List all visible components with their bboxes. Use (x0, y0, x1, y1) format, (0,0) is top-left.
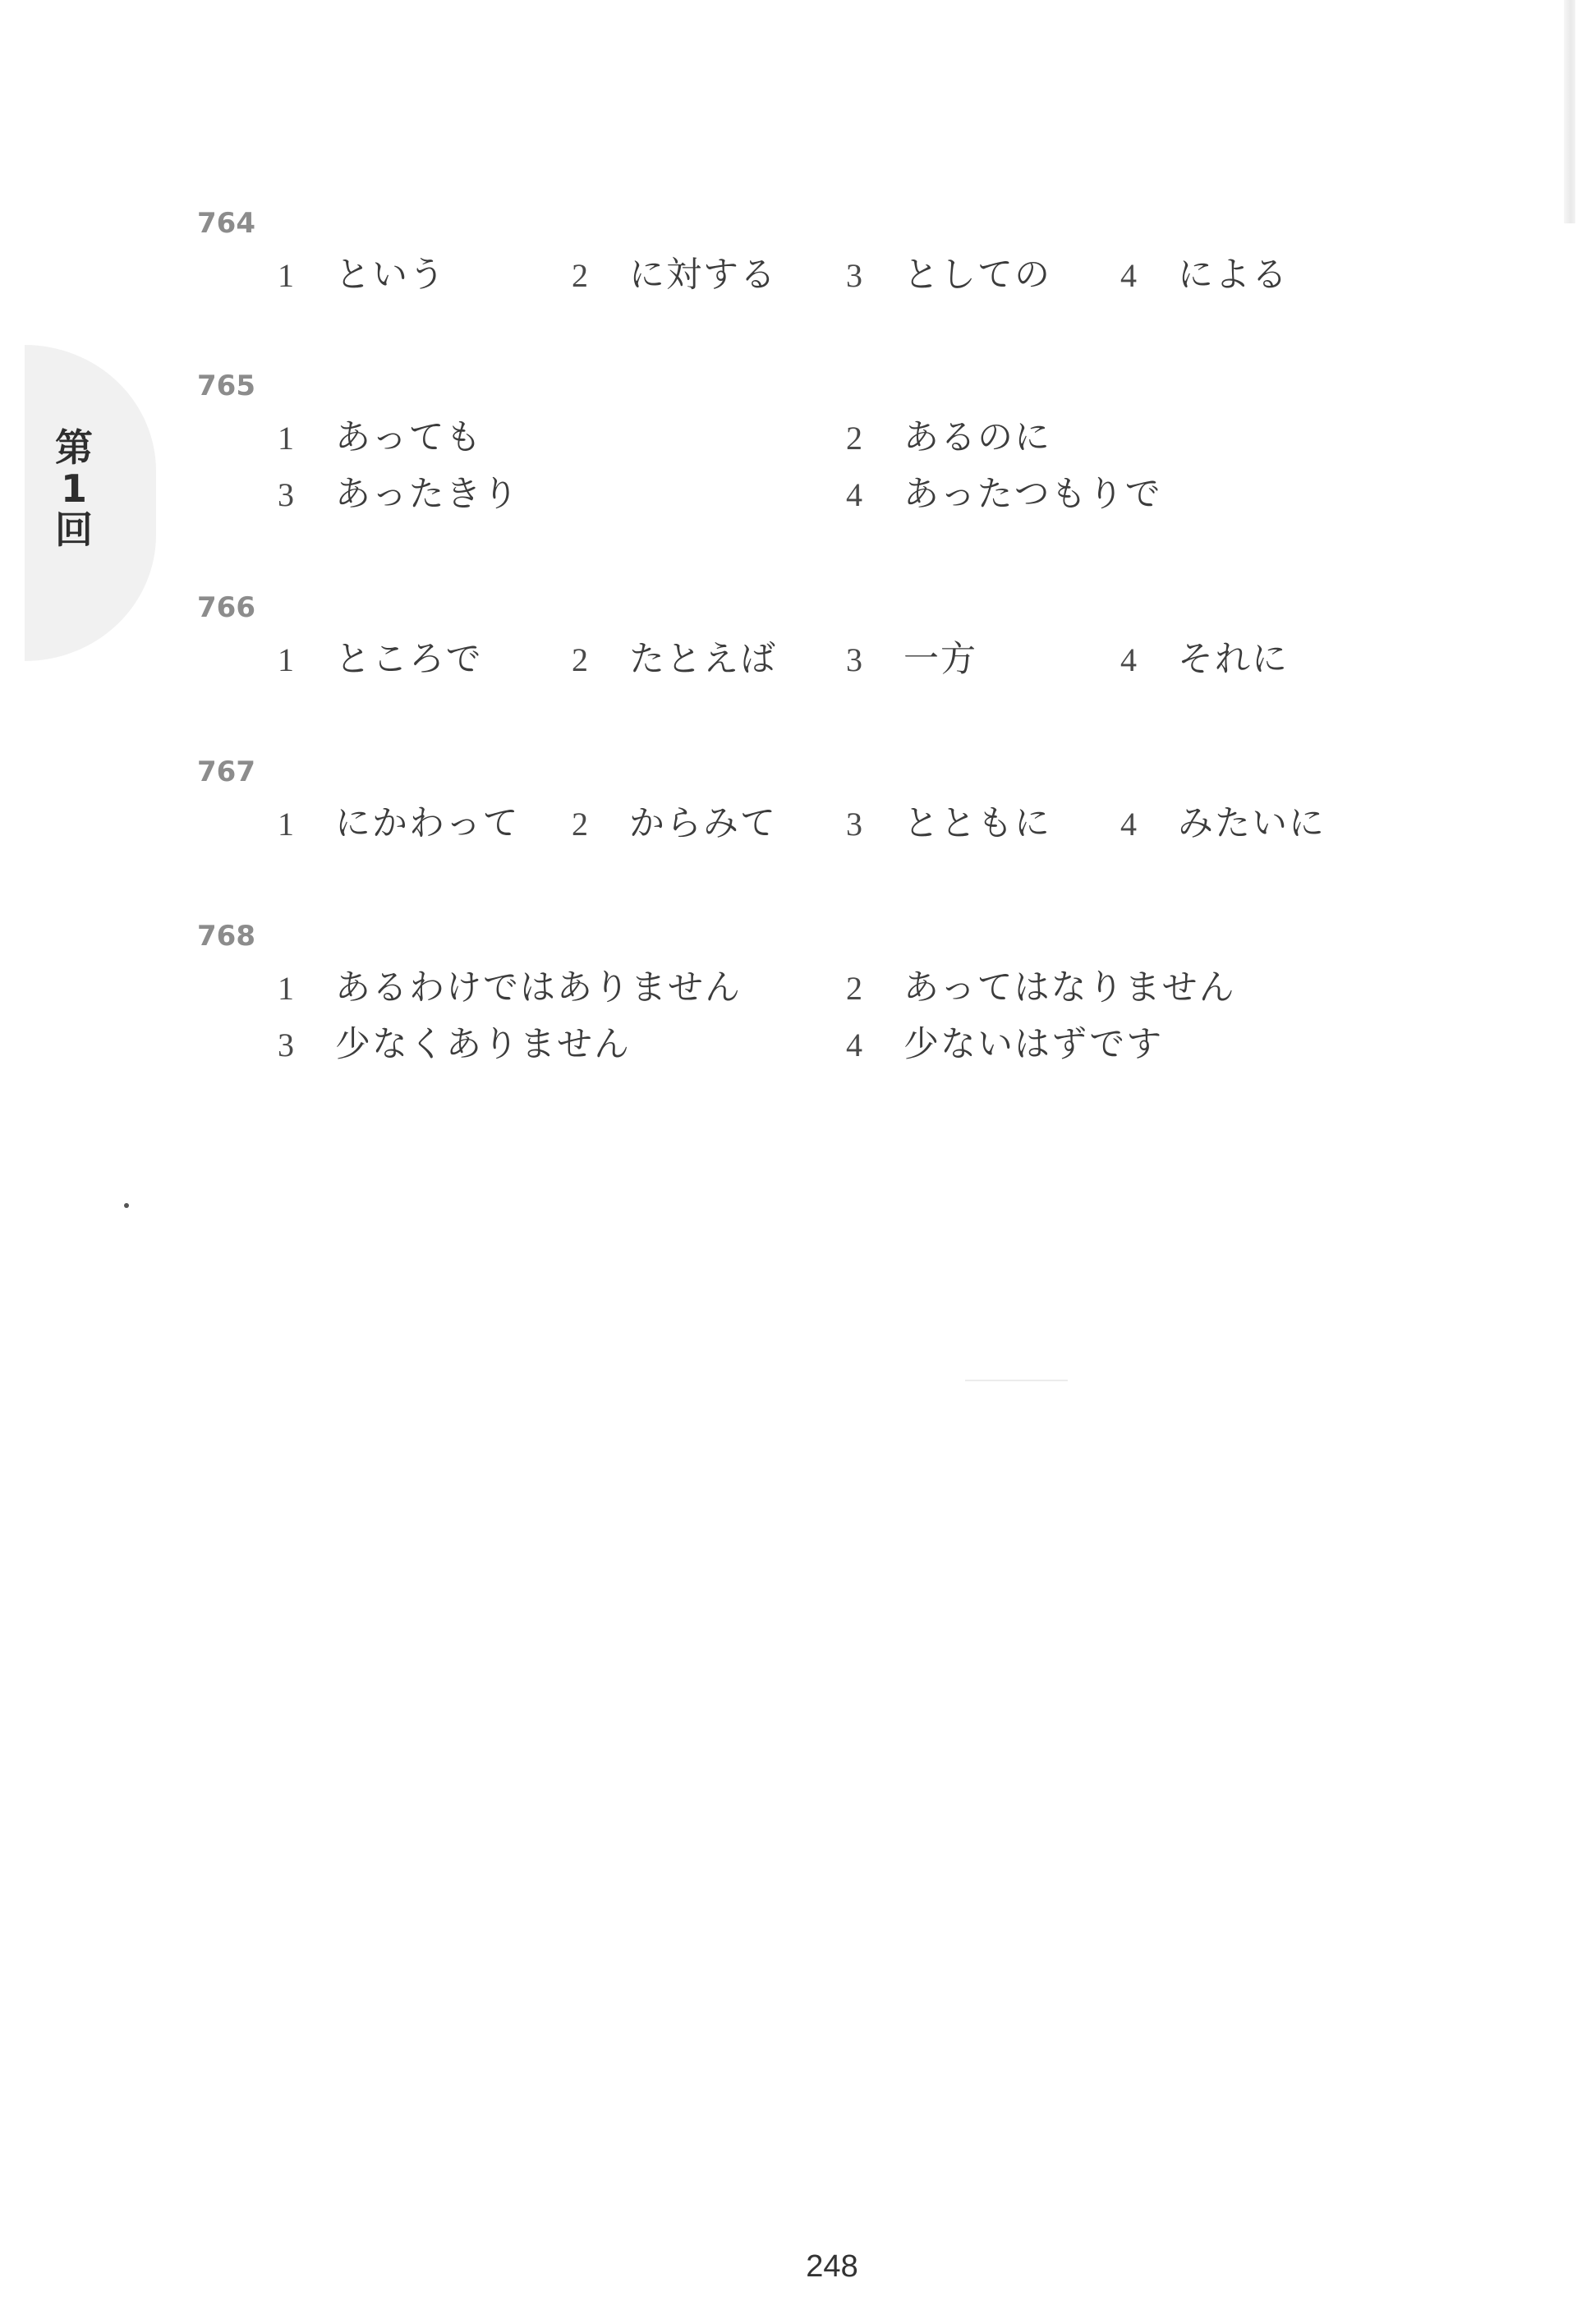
option-text: とともに (903, 803, 1051, 844)
option-text: という (335, 255, 446, 296)
scan-speck (124, 1203, 129, 1208)
question-number: 767 (197, 758, 255, 786)
answer-option[interactable]: 4あったつもりで (846, 474, 1162, 516)
question-number: 764 (197, 209, 255, 237)
option-text: による (1178, 255, 1289, 296)
option-number: 4 (1120, 804, 1178, 845)
option-number: 4 (846, 475, 903, 516)
question-number: 765 (197, 372, 255, 400)
option-number: 1 (278, 968, 335, 1009)
option-text: 一方 (903, 639, 977, 680)
option-text: たとえば (629, 639, 777, 680)
option-number: 4 (1120, 255, 1178, 296)
option-number: 3 (278, 475, 335, 516)
answer-option[interactable]: 2に対する (572, 255, 777, 296)
section-side-tab-label: 第 1 回 (25, 427, 123, 550)
option-text: あったつもりで (903, 474, 1162, 515)
answer-option[interactable]: 3あったきり (278, 474, 520, 516)
option-text: あるのに (903, 417, 1051, 458)
answer-option[interactable]: 3とともに (846, 803, 1051, 845)
answer-option[interactable]: 3少なくありません (278, 1024, 631, 1066)
side-tab-char: 1 (25, 468, 123, 509)
answer-option[interactable]: 1という (278, 255, 446, 296)
answer-option[interactable]: 1にかわって (278, 803, 520, 845)
option-text: ところで (335, 639, 483, 680)
option-text: あるわけではありません (335, 967, 742, 1008)
option-number: 4 (846, 1025, 903, 1066)
option-text: としての (903, 255, 1051, 296)
side-tab-char: 回 (25, 509, 123, 550)
scan-artifact-line (965, 1380, 1068, 1381)
answer-option[interactable]: 2たとえば (572, 639, 777, 681)
option-text: に対する (629, 255, 777, 296)
answer-option[interactable]: 2あってはなりません (846, 967, 1236, 1009)
option-number: 2 (572, 255, 629, 296)
answer-option[interactable]: 1ところで (278, 639, 483, 681)
question-number: 766 (197, 594, 255, 622)
option-text: あったきり (335, 474, 520, 515)
side-tab-char: 第 (25, 427, 123, 468)
answer-option[interactable]: 2からみて (572, 803, 777, 845)
answer-option[interactable]: 1あるわけではありません (278, 967, 742, 1009)
answer-option[interactable]: 1あっても (278, 417, 483, 459)
answer-option[interactable]: 4みたいに (1120, 803, 1326, 845)
option-number: 2 (846, 418, 903, 459)
answer-option[interactable]: 3としての (846, 255, 1051, 296)
option-number: 2 (572, 804, 629, 845)
page-number: 248 (0, 2248, 1577, 2285)
scanned-page-edge (1564, 0, 1575, 223)
answer-option[interactable]: 3一方 (846, 639, 977, 681)
option-number: 2 (572, 640, 629, 681)
option-text: からみて (629, 803, 777, 844)
answer-option[interactable]: 2あるのに (846, 417, 1051, 459)
option-number: 4 (1120, 640, 1178, 681)
answer-option[interactable]: 4それに (1120, 639, 1289, 681)
option-number: 1 (278, 804, 335, 845)
option-number: 3 (278, 1025, 335, 1066)
answer-option[interactable]: 4少ないはずです (846, 1024, 1163, 1066)
option-text: それに (1178, 639, 1289, 680)
option-text: 少ないはずです (903, 1024, 1163, 1065)
option-number: 1 (278, 255, 335, 296)
option-number: 3 (846, 640, 903, 681)
option-text: 少なくありません (335, 1024, 631, 1065)
option-text: みたいに (1178, 803, 1326, 844)
option-number: 1 (278, 640, 335, 681)
option-number: 3 (846, 255, 903, 296)
option-text: あっても (335, 417, 483, 458)
question-number: 768 (197, 922, 255, 950)
option-number: 1 (278, 418, 335, 459)
option-text: にかわって (335, 803, 520, 844)
option-number: 3 (846, 804, 903, 845)
answer-option[interactable]: 4による (1120, 255, 1289, 296)
option-number: 2 (846, 968, 903, 1009)
option-text: あってはなりません (903, 967, 1236, 1008)
